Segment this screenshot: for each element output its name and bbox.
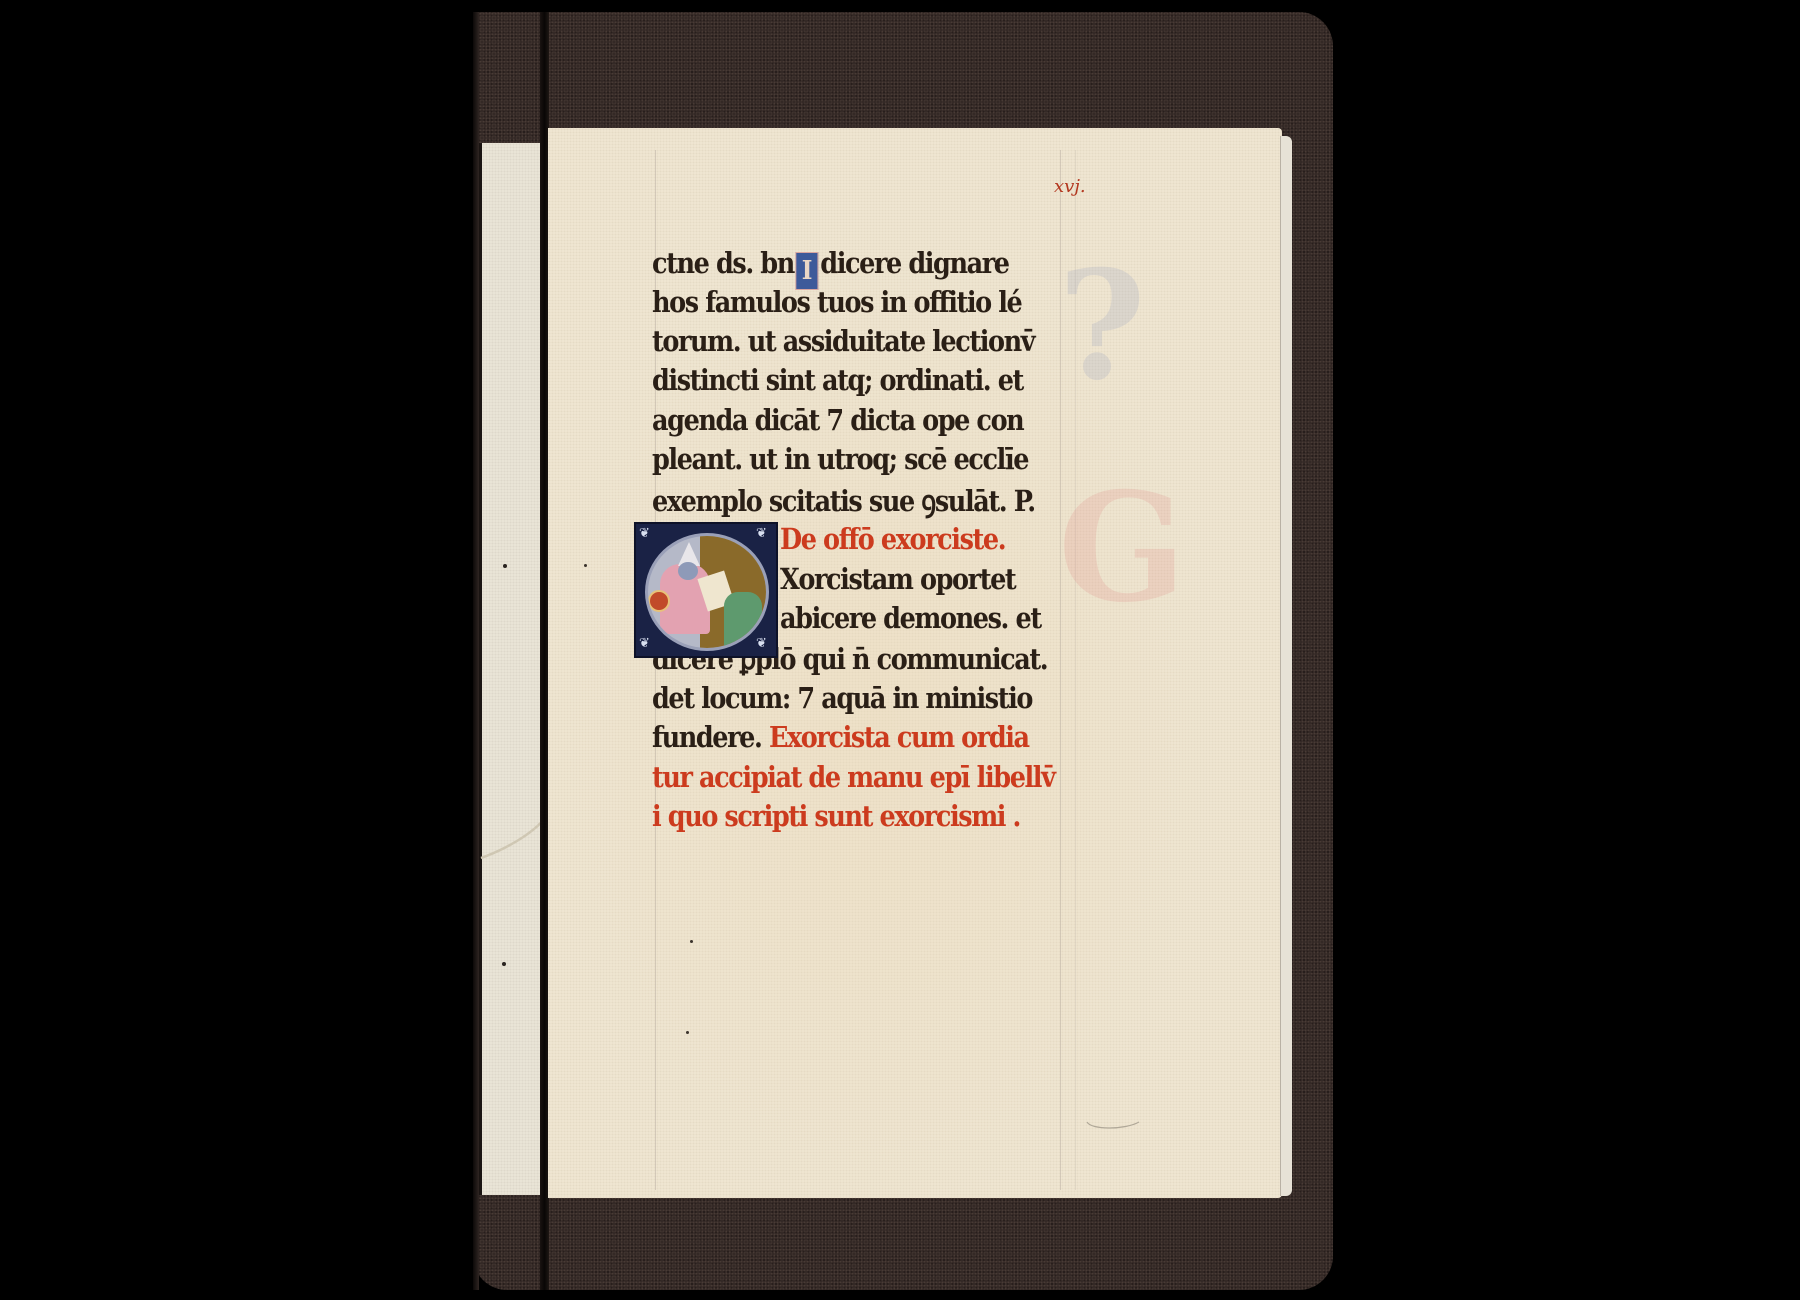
text-line: Xorcistam oportet [780, 562, 1015, 596]
bishop-face [678, 562, 698, 580]
rubric-line: i quo scripti sunt exorcismi . [652, 799, 1020, 833]
text-line: distincti sint atq; ordinati. et [652, 363, 1023, 397]
text-line: torum. ut assiduitate lectionv̄ [652, 324, 1034, 358]
text-line: pleant. ut in utroq; scē ecclīe [652, 442, 1028, 476]
margin-pencil-mark [1085, 1118, 1141, 1132]
text-line: hos famulos tuos in offitio lé [652, 285, 1021, 319]
binding-thread [479, 812, 547, 862]
text-segment: dicere dignare [820, 246, 1008, 280]
text-line: ctne ds. bnIdicere dignare [652, 246, 1009, 290]
folio-number: xvj. [1054, 176, 1086, 197]
corner-flourish-icon: ❦ [639, 526, 650, 541]
rubric-segment: Exorcista cum ordia [769, 720, 1029, 754]
text-line: exemplo scitatis sue ꝯsulāt. P. [652, 481, 1035, 520]
pinprick-mark [503, 564, 507, 568]
rosette-ornament [648, 590, 670, 612]
rubric-heading: De offō exorciste. [780, 522, 1005, 556]
historiated-initial: ❦ ❦ ❦ ❦ [634, 522, 778, 658]
pinprick-mark [690, 940, 693, 943]
text-line: agenda dicāt 7 dicta ope con [652, 403, 1023, 437]
initial-roundel [645, 533, 769, 651]
page-edge-stack [1280, 136, 1292, 1196]
facing-page-stub [479, 143, 544, 1195]
offset-ghost-letter: G [1058, 460, 1186, 636]
offset-ghost-letter: ? [1058, 238, 1146, 414]
exorcist-figure [724, 592, 762, 648]
rubric-line: tur accipiat de manu epī libellv̄ [652, 760, 1055, 794]
text-segment: ctne ds. bn [652, 246, 794, 280]
pinprick-mark [686, 1031, 689, 1034]
text-line: abicere demones. et [780, 601, 1041, 635]
corner-flourish-icon: ❦ [639, 636, 650, 651]
text-segment: fundere. [652, 720, 761, 754]
pinprick-mark [502, 962, 506, 966]
pinprick-mark [584, 564, 587, 567]
text-line: det locum: 7 aquā in ministio [652, 681, 1032, 715]
text-line: fundere. Exorcista cum ordia [652, 720, 1029, 754]
